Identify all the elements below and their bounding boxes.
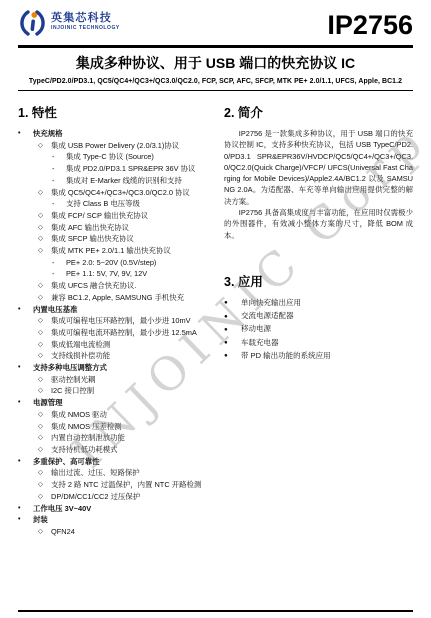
applications-list: ●单向快充输出应用●交流电源适配器●移动电源●车载充电器●带 PD 输出功能的系… [224, 297, 413, 363]
content-columns: 1. 特性 •快充规格◇集成 USB Power Delivery (2.0/3… [0, 91, 431, 538]
feature-text: 支持待机低功耗模式 [51, 444, 209, 456]
feature-text: 集成 UFCS 融合快充协议. [51, 280, 209, 292]
feature-item: ◇集成可编程电流环路控制，最小步进 12.5mA [18, 327, 209, 339]
feature-text: 内置电压基准 [33, 304, 209, 316]
datasheet-page: INJOINIC Corp 英集芯科技 INJOINIC TECHNOLOGY … [0, 0, 431, 618]
feature-item: ◇支持待机低功耗模式 [18, 444, 209, 456]
diamond-bullet-icon: ◇ [38, 233, 51, 245]
application-text: 单向快充输出应用 [241, 297, 301, 310]
diamond-bullet-icon: ◇ [38, 315, 51, 327]
feature-text: 集成 AFC 输出快充协议 [51, 222, 209, 234]
features-heading: 1. 特性 [18, 103, 209, 121]
doc-title: 集成多种协议、用于 USB 端口的快充协议 IC [0, 53, 431, 73]
feature-text: DP/DM/CC1/CC2 过压保护 [51, 491, 209, 503]
application-item: ●车载充电器 [224, 337, 413, 350]
diamond-bullet-icon: ◇ [38, 526, 51, 538]
feature-text: 集成 USB Power Delivery (2.0/3.1)协议 [51, 140, 209, 152]
logo-text-block: 英集芯科技 INJOINIC TECHNOLOGY [51, 9, 120, 31]
feature-text: 输出过流、过压、短路保护 [51, 467, 209, 479]
feature-item: ◇集成 UFCS 融合快充协议. [18, 280, 209, 292]
feature-item: -集成对 E-Marker 线缆的识别和支持 [18, 175, 209, 187]
feature-item: •支持多种电压调整方式 [18, 362, 209, 374]
diamond-bullet-icon: ◇ [38, 140, 51, 152]
diamond-bullet-icon: ◇ [38, 374, 51, 386]
dot-bullet-icon: • [18, 128, 33, 140]
feature-text: 支持线损补偿功能 [51, 350, 209, 362]
intro-paragraph: IP2756 是一款集成多种协议，用于 USB 端口的快充协议控制 IC，支持多… [224, 128, 413, 207]
application-text: 车载充电器 [241, 337, 279, 350]
dash-bullet-icon: - [52, 175, 66, 187]
company-name-cn: 英集芯科技 [51, 13, 120, 24]
feature-item: ◇支持线损补偿功能 [18, 350, 209, 362]
feature-item: ◇集成 NMOS 驱动 [18, 409, 209, 421]
footer-rule [18, 610, 413, 612]
diamond-bullet-icon: ◇ [38, 245, 51, 257]
feature-text: 集成 NMOS 驱动 [51, 409, 209, 421]
diamond-bullet-icon: ◇ [38, 409, 51, 421]
application-item: ●单向快充输出应用 [224, 297, 413, 310]
dash-bullet-icon: - [52, 257, 66, 269]
feature-text: 集成对 E-Marker 线缆的识别和支持 [66, 175, 209, 187]
feature-item: ◇集成 AFC 输出快充协议 [18, 222, 209, 234]
application-text: 交流电源适配器 [241, 310, 294, 323]
feature-item: ◇驱动控制光耦 [18, 374, 209, 386]
diamond-bullet-icon: ◇ [38, 292, 51, 304]
feature-text: 集成低端电流检测 [51, 339, 209, 351]
feature-item: ◇集成 QC5/QC4+/QC3+/QC3.0/QC2.0 协议 [18, 187, 209, 199]
feature-text: 兼容 BC1.2, Apple, SAMSUNG 手机快充 [51, 292, 209, 304]
diamond-bullet-icon: ◇ [38, 222, 51, 234]
feature-text: 内置自动控制泄放功能 [51, 432, 209, 444]
feature-item: -PE+ 1.1: 5V, 7V, 9V, 12V [18, 268, 209, 280]
feature-item: ◇QFN24 [18, 526, 209, 538]
diamond-bullet-icon: ◇ [38, 210, 51, 222]
header: 英集芯科技 INJOINIC TECHNOLOGY IP2756 [0, 0, 431, 42]
feature-item: ◇集成 SFCP 输出快充协议 [18, 233, 209, 245]
diamond-bullet-icon: ◇ [38, 467, 51, 479]
feature-text: 集成可编程电压环路控制，最小步进 10mV [51, 315, 209, 327]
feature-text: 支持 Class B 电压等级 [66, 198, 209, 210]
part-number: IP2756 [327, 9, 413, 39]
feature-item: ◇集成 USB Power Delivery (2.0/3.1)协议 [18, 140, 209, 152]
feature-text: 支持多种电压调整方式 [33, 362, 209, 374]
dot-bullet-icon: ● [224, 350, 241, 363]
feature-text: I2C 接口控制 [51, 385, 209, 397]
diamond-bullet-icon: ◇ [38, 432, 51, 444]
feature-item: ◇集成 MTK PE+ 2.0/1.1 输出快充协议 [18, 245, 209, 257]
feature-item: ◇DP/DM/CC1/CC2 过压保护 [18, 491, 209, 503]
applications-heading: 3. 应用 [224, 272, 413, 290]
dot-bullet-icon: ● [224, 297, 241, 310]
diamond-bullet-icon: ◇ [38, 280, 51, 292]
diamond-bullet-icon: ◇ [38, 421, 51, 433]
intro-paragraph: IP2756 具备高集成度与丰富功能，在应用时仅需极少的外围器件，有效减小整体方… [224, 207, 413, 241]
diamond-bullet-icon: ◇ [38, 339, 51, 351]
feature-text: 集成可编程电流环路控制，最小步进 12.5mA [51, 327, 209, 339]
intro-paragraphs: IP2756 是一款集成多种协议，用于 USB 端口的快充协议控制 IC，支持多… [224, 128, 413, 241]
doc-subtitle: TypeC/PD2.0/PD3.1, QC5/QC4+/QC3+/QC3.0/Q… [0, 78, 431, 85]
dot-bullet-icon: ● [224, 310, 241, 323]
feature-item: ◇集成 FCP/ SCP 输出快充协议 [18, 210, 209, 222]
application-item: ●移动电源 [224, 323, 413, 336]
feature-text: 多重保护、高可靠性 [33, 456, 209, 468]
intro-column: 2. 简介 IP2756 是一款集成多种协议，用于 USB 端口的快充协议控制 … [224, 98, 413, 538]
feature-text: 集成 NMOS 压差检测 [51, 421, 209, 433]
feature-item: -支持 Class B 电压等级 [18, 198, 209, 210]
feature-item: ◇集成 NMOS 压差检测 [18, 421, 209, 433]
company-logo: 英集芯科技 INJOINIC TECHNOLOGY [18, 9, 120, 42]
dot-bullet-icon: ● [224, 337, 241, 350]
feature-text: PE+ 2.0: 5~20V (0.5V/step) [66, 257, 209, 269]
header-rule [18, 45, 413, 48]
application-item: ●带 PD 输出功能的系统应用 [224, 350, 413, 363]
diamond-bullet-icon: ◇ [38, 444, 51, 456]
dash-bullet-icon: - [52, 163, 66, 175]
diamond-bullet-icon: ◇ [38, 350, 51, 362]
feature-item: -集成 Type-C 协议 (Source) [18, 151, 209, 163]
dash-bullet-icon: - [52, 151, 66, 163]
feature-item: -集成 PD2.0/PD3.1 SPR&EPR 36V 协议 [18, 163, 209, 175]
feature-item: ◇I2C 接口控制 [18, 385, 209, 397]
feature-item: ◇兼容 BC1.2, Apple, SAMSUNG 手机快充 [18, 292, 209, 304]
diamond-bullet-icon: ◇ [38, 327, 51, 339]
feature-item: •封装 [18, 514, 209, 526]
application-text: 移动电源 [241, 323, 271, 336]
dash-bullet-icon: - [52, 268, 66, 280]
dot-bullet-icon: ● [224, 323, 241, 336]
company-name-en: INJOINIC TECHNOLOGY [51, 26, 120, 31]
injoinic-logo-icon [18, 9, 48, 42]
application-text: 带 PD 输出功能的系统应用 [241, 350, 331, 363]
intro-heading: 2. 简介 [224, 103, 413, 121]
dot-bullet-icon: • [18, 503, 33, 515]
application-item: ●交流电源适配器 [224, 310, 413, 323]
feature-text: 集成 MTK PE+ 2.0/1.1 输出快充协议 [51, 245, 209, 257]
feature-text: 集成 FCP/ SCP 输出快充协议 [51, 210, 209, 222]
feature-text: 支持 2 路 NTC 过温保护，内置 NTC 开路检测 [51, 479, 209, 491]
feature-text: PE+ 1.1: 5V, 7V, 9V, 12V [66, 268, 209, 280]
dot-bullet-icon: • [18, 514, 33, 526]
dash-bullet-icon: - [52, 198, 66, 210]
diamond-bullet-icon: ◇ [38, 187, 51, 199]
diamond-bullet-icon: ◇ [38, 385, 51, 397]
feature-text: 快充规格 [33, 128, 209, 140]
feature-text: 集成 QC5/QC4+/QC3+/QC3.0/QC2.0 协议 [51, 187, 209, 199]
feature-item: ◇集成可编程电压环路控制，最小步进 10mV [18, 315, 209, 327]
feature-text: 驱动控制光耦 [51, 374, 209, 386]
feature-item: ◇集成低端电流检测 [18, 339, 209, 351]
dot-bullet-icon: • [18, 456, 33, 468]
feature-text: 工作电压 3V~40V [33, 503, 209, 515]
feature-text: 集成 Type-C 协议 (Source) [66, 151, 209, 163]
feature-item: ◇输出过流、过压、短路保护 [18, 467, 209, 479]
dot-bullet-icon: • [18, 304, 33, 316]
feature-text: 封装 [33, 514, 209, 526]
feature-item: ◇内置自动控制泄放功能 [18, 432, 209, 444]
feature-item: •内置电压基准 [18, 304, 209, 316]
dot-bullet-icon: • [18, 362, 33, 374]
diamond-bullet-icon: ◇ [38, 491, 51, 503]
diamond-bullet-icon: ◇ [38, 479, 51, 491]
feature-item: ◇支持 2 路 NTC 过温保护，内置 NTC 开路检测 [18, 479, 209, 491]
features-list: •快充规格◇集成 USB Power Delivery (2.0/3.1)协议-… [18, 128, 209, 538]
feature-text: 电源管理 [33, 397, 209, 409]
feature-text: 集成 PD2.0/PD3.1 SPR&EPR 36V 协议 [66, 163, 209, 175]
dot-bullet-icon: • [18, 397, 33, 409]
feature-text: QFN24 [51, 526, 209, 538]
feature-item: •多重保护、高可靠性 [18, 456, 209, 468]
feature-item: •电源管理 [18, 397, 209, 409]
feature-item: -PE+ 2.0: 5~20V (0.5V/step) [18, 257, 209, 269]
feature-item: •工作电压 3V~40V [18, 503, 209, 515]
feature-item: •快充规格 [18, 128, 209, 140]
feature-text: 集成 SFCP 输出快充协议 [51, 233, 209, 245]
features-column: 1. 特性 •快充规格◇集成 USB Power Delivery (2.0/3… [18, 98, 209, 538]
